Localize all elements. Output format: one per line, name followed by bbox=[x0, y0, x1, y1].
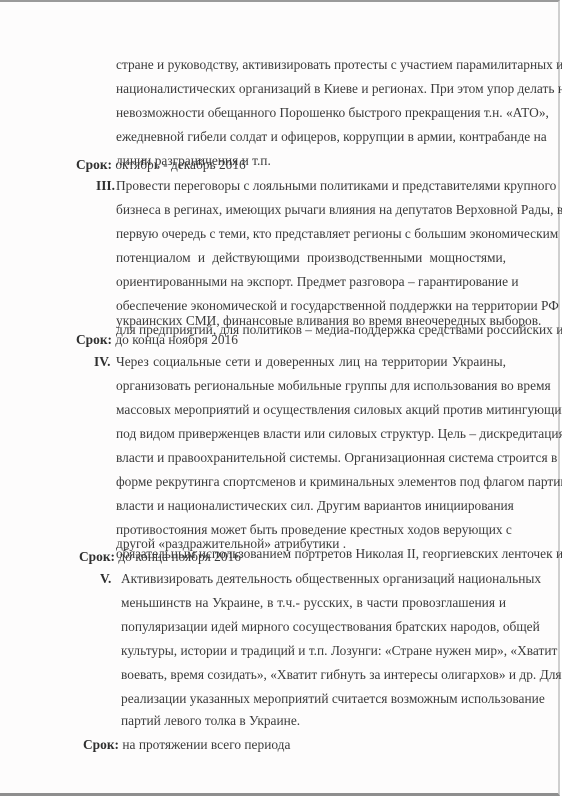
deadline-label: Срок: bbox=[79, 549, 115, 564]
paragraph-line: бизнеса в регинах, имеющих рычаги влияни… bbox=[116, 202, 506, 218]
paragraph-line: Через социальные сети и доверенных лиц н… bbox=[116, 354, 506, 370]
paragraph-line: культуры, истории и традиций и т.п. Лозу… bbox=[121, 643, 506, 659]
deadline-value: на протяжении всего периода bbox=[122, 737, 290, 752]
deadline-label: Срок: bbox=[76, 157, 112, 172]
paragraph-line: власти и националистических сил. Другим … bbox=[116, 498, 506, 514]
paragraph-line: Провести переговоры с лояльными политика… bbox=[116, 178, 506, 194]
deadline-line: Срок: октябрь - декабрь 2016 bbox=[76, 157, 246, 173]
paragraph-line: невозможности обещанного Порошенко быстр… bbox=[116, 105, 506, 121]
paragraph-line: массовых мероприятий и осуществления сил… bbox=[116, 402, 506, 418]
paragraph-line: реализации указанных мероприятий считает… bbox=[121, 691, 506, 707]
section-number: IV. bbox=[94, 354, 111, 370]
paragraph-line: украинских СМИ, финансовые вливания во в… bbox=[116, 313, 541, 329]
paragraph-line: Активизировать деятельность общественных… bbox=[121, 571, 506, 587]
section-number: V. bbox=[100, 571, 111, 587]
paragraph-line: стране и руководству, активизировать про… bbox=[116, 57, 506, 73]
paragraph-line: власти и правоохранительной системы. Орг… bbox=[116, 450, 506, 466]
deadline-line: Срок: до конца ноября 2016 bbox=[79, 549, 241, 565]
deadline-value: октябрь - декабрь 2016 bbox=[115, 157, 245, 172]
deadline-value: до конца ноября 2016 bbox=[118, 549, 241, 564]
document-page: стране и руководству, активизировать про… bbox=[0, 0, 560, 796]
paragraph-line: националистических организаций в Киеве и… bbox=[116, 81, 506, 97]
paragraph-line: ежедневной гибели солдат и офицеров, кор… bbox=[116, 129, 506, 145]
section-number: III. bbox=[96, 178, 115, 194]
deadline-value: до конца ноября 2016 bbox=[115, 332, 238, 347]
paragraph-line: меньшинств на Украине, в т.ч.- русских, … bbox=[121, 595, 506, 611]
paragraph-line: форме рекрутинга спортсменов и криминаль… bbox=[116, 474, 506, 490]
paragraph-line: под видом приверженцев власти или силовы… bbox=[116, 426, 506, 442]
paragraph-line: первую очередь с теми, кто представляет … bbox=[116, 226, 506, 242]
paragraph-line: ориентированными на экспорт. Предмет раз… bbox=[116, 274, 506, 290]
paragraph-line: популяризации идей мирного сосуществован… bbox=[121, 619, 506, 635]
deadline-label: Срок: bbox=[83, 737, 119, 752]
deadline-line: Срок: на протяжении всего периода bbox=[83, 737, 290, 753]
deadline-label: Срок: bbox=[76, 332, 112, 347]
deadline-line: Срок: до конца ноября 2016 bbox=[76, 332, 238, 348]
paragraph-line: обеспечение экономической и государствен… bbox=[116, 298, 506, 314]
paragraph-line: организовать региональные мобильные груп… bbox=[116, 378, 506, 394]
paragraph-line: партий левого толка в Украине. bbox=[121, 713, 300, 729]
paragraph-line: потенциалом и действующими производствен… bbox=[116, 250, 506, 266]
paragraph-line: воевать, время созидать», «Хватит гибнут… bbox=[121, 667, 506, 683]
